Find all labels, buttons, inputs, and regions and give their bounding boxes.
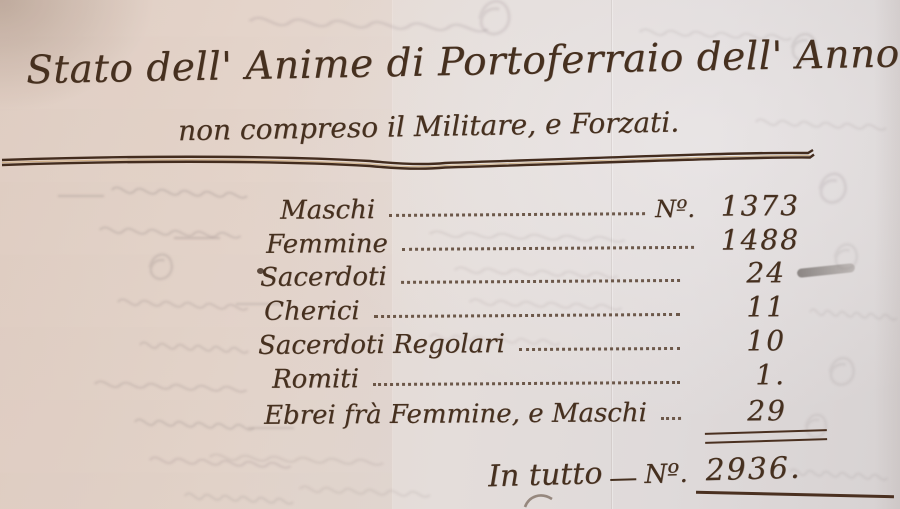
dot-leader — [389, 212, 645, 217]
row-label: Maschi — [280, 195, 375, 226]
census-row-sacerdoti: Sacerdoti 24 — [256, 255, 800, 293]
dot-leader — [661, 417, 681, 420]
numero-abbreviation: Nº. — [655, 195, 695, 223]
total-row: In tutto Nº. 2936. — [487, 444, 801, 495]
total-label: In tutto — [488, 456, 603, 494]
row-label: Romiti — [272, 364, 359, 395]
dot-leader — [519, 347, 680, 351]
ink-blot — [257, 268, 264, 274]
census-row-romiti: Romiti 1. — [256, 357, 800, 395]
dot-leader — [374, 313, 680, 318]
dot-leader — [373, 381, 680, 386]
row-label: Femmine — [266, 229, 388, 260]
row-value: 10 — [690, 324, 800, 358]
row-value: 24 — [690, 256, 800, 290]
flourish-dash — [611, 478, 637, 481]
total-value: 2936. — [705, 451, 802, 489]
row-label: Cherici — [264, 296, 360, 327]
census-row-ebrei: Ebrei frà Femmine, e Maschi 29 — [256, 393, 800, 431]
census-row-cherici: Cherici 11 — [256, 289, 800, 327]
row-value: 11 — [690, 290, 800, 324]
row-label: Ebrei frà Femmine, e Maschi — [264, 398, 647, 431]
row-label: Sacerdoti Regolari — [258, 329, 505, 361]
numero-abbreviation: Nº. — [644, 459, 688, 490]
census-row-maschi: Maschi Nº. 1373 — [256, 188, 800, 226]
divider-double-rule — [0, 146, 900, 170]
census-row-femmine: Femmine 1488 — [256, 222, 800, 260]
row-value: 29 — [691, 394, 801, 428]
row-value: 1. — [690, 358, 800, 392]
row-value: 1373 — [704, 189, 800, 223]
census-row-sacerdoti-regolari: Sacerdoti Regolari 10 — [256, 323, 800, 361]
dot-leader — [402, 246, 694, 251]
dot-leader — [401, 279, 680, 284]
row-value: 1488 — [704, 223, 800, 257]
row-label: Sacerdoti — [260, 262, 387, 293]
